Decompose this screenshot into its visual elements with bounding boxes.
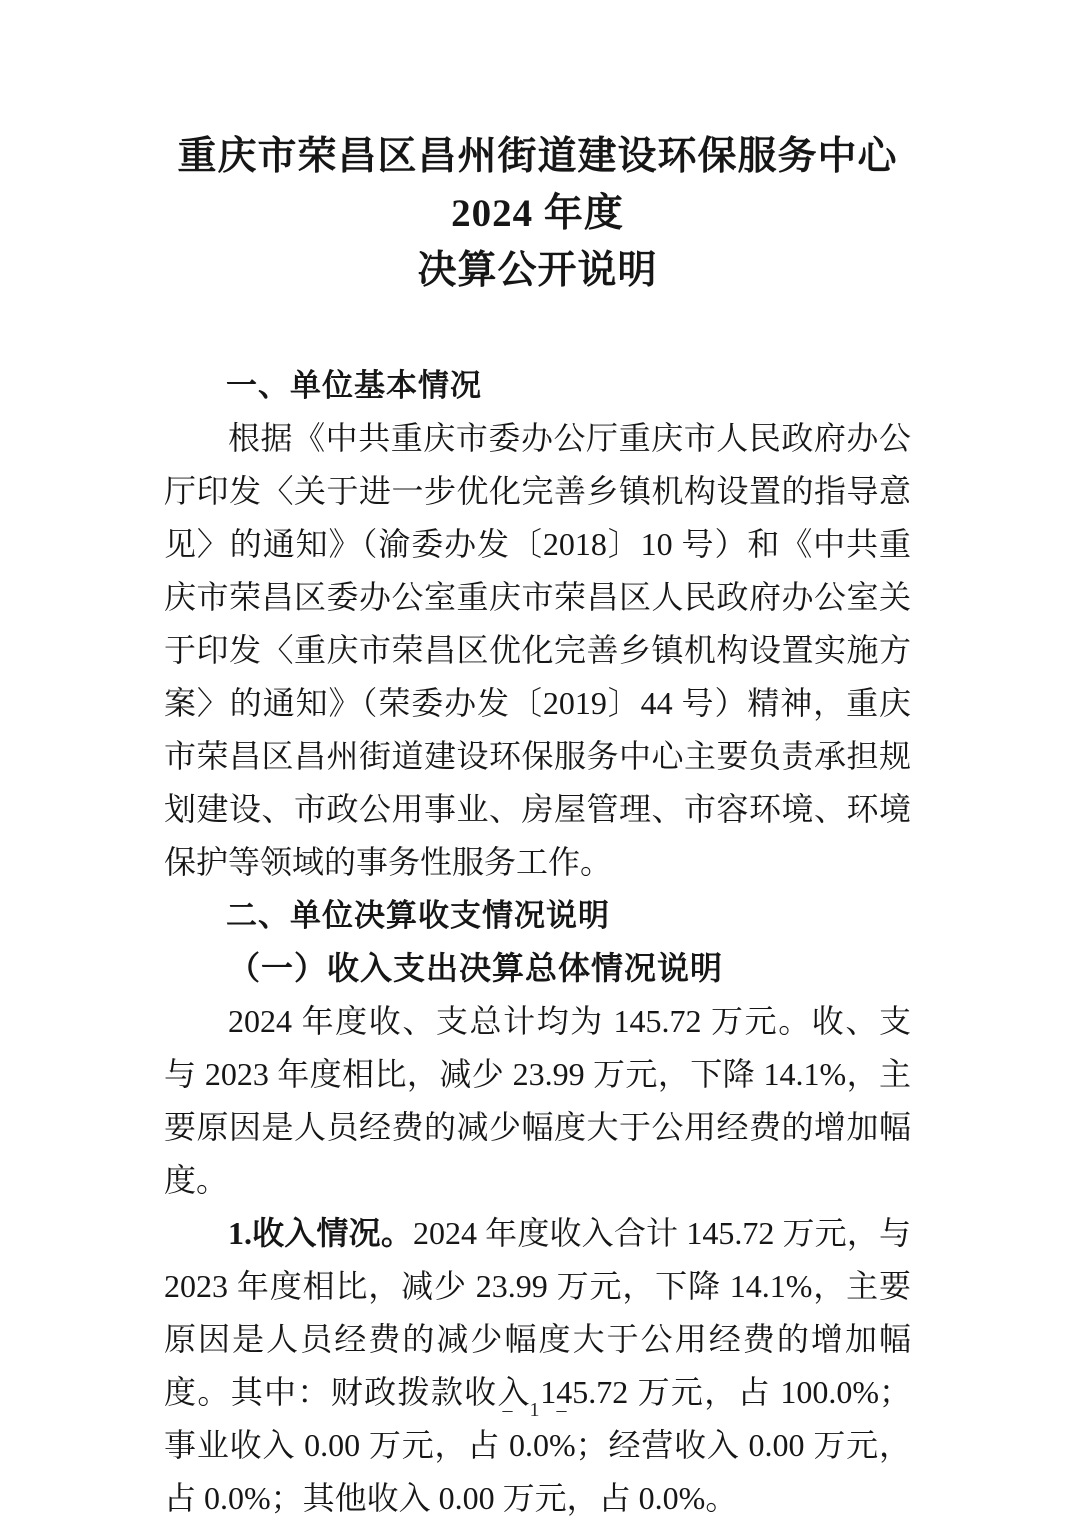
document-page: 重庆市荣昌区昌州街道建设环保服务中心 2024 年度 决算公开说明 一、单位基本… bbox=[0, 0, 1075, 1520]
section-2-heading: 二、单位决算收支情况说明 bbox=[164, 889, 911, 942]
section-1-heading: 一、单位基本情况 bbox=[164, 359, 911, 412]
subsection-2-1-heading: （一）收入支出决算总体情况说明 bbox=[164, 942, 911, 995]
document-body: 一、单位基本情况 根据《中共重庆市委办公厅重庆市人民政府办公厅印发〈关于进一步优… bbox=[164, 359, 911, 1520]
income-situation-paragraph: 1.收入情况。2024 年度收入合计 145.72 万元，与 2023 年度相比… bbox=[164, 1207, 911, 1520]
document-title-line-1: 重庆市荣昌区昌州街道建设环保服务中心 2024 年度 bbox=[164, 128, 911, 242]
income-situation-text: 2024 年度收入合计 145.72 万元，与 2023 年度相比，减少 23.… bbox=[164, 1215, 911, 1516]
subsection-2-1-overview-paragraph: 2024 年度收、支总计均为 145.72 万元。收、支与 2023 年度相比，… bbox=[164, 995, 911, 1207]
document-title: 重庆市荣昌区昌州街道建设环保服务中心 2024 年度 决算公开说明 bbox=[164, 128, 911, 299]
page-number: – 1 – bbox=[0, 1396, 1075, 1424]
section-1-paragraph: 根据《中共重庆市委办公厅重庆市人民政府办公厅印发〈关于进一步优化完善乡镇机构设置… bbox=[164, 412, 911, 889]
income-situation-label: 1.收入情况。 bbox=[228, 1215, 413, 1251]
document-title-line-2: 决算公开说明 bbox=[164, 242, 911, 299]
